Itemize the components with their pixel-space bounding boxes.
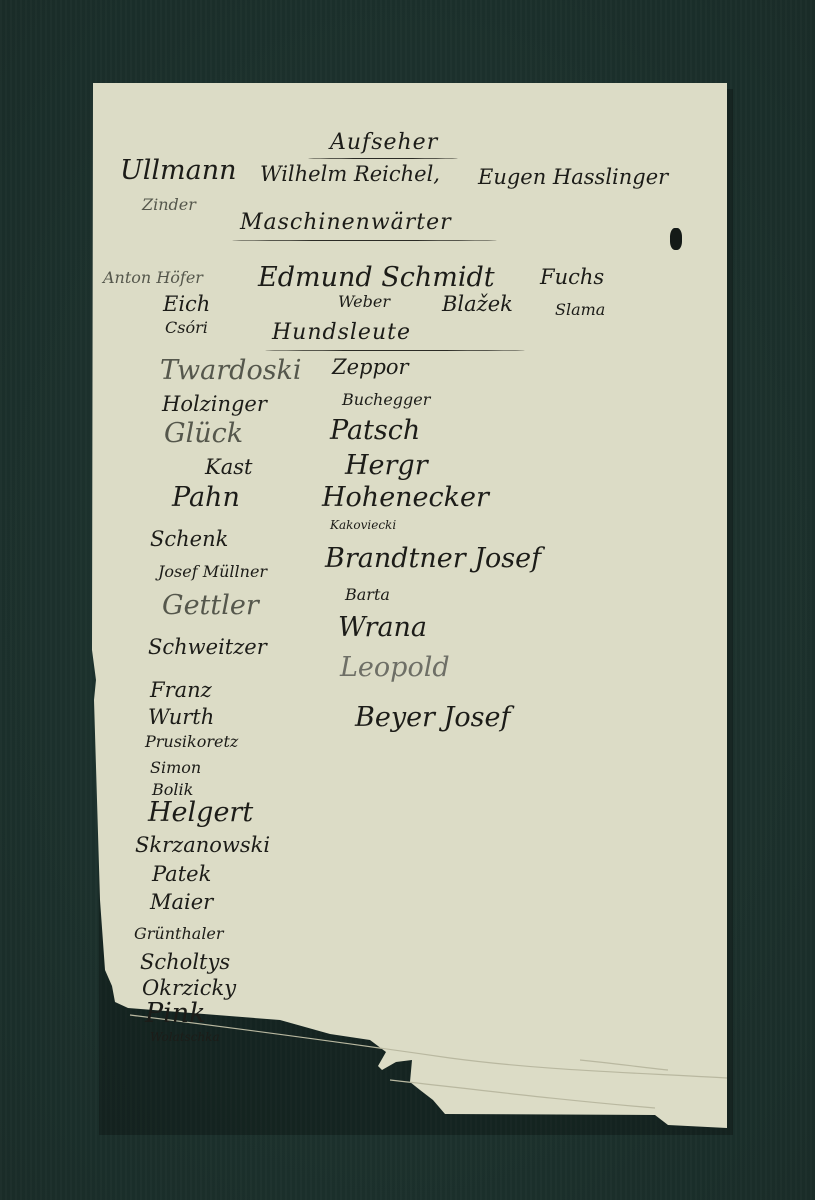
signature: Holzinger — [162, 392, 267, 416]
ink-blot — [670, 228, 682, 250]
heading-underline — [232, 240, 497, 241]
signature: Okrzicky — [142, 976, 236, 1000]
signature: Helgert — [148, 797, 253, 828]
signature: Wurth — [148, 705, 214, 729]
heading-hundsleute: Hundsleute — [272, 320, 411, 345]
signature: Weber — [338, 292, 390, 311]
signature: Wolatschka — [150, 1030, 220, 1044]
signature: Kakoviecki — [330, 518, 396, 532]
signature: Twardoski — [160, 355, 302, 386]
signature: Scholtys — [140, 950, 230, 974]
signature: Anton Höfer — [103, 268, 203, 287]
heading-aufseher: Aufseher — [330, 130, 438, 155]
signature: Blažek — [442, 292, 513, 316]
signature: Zeppor — [332, 355, 409, 379]
signature: Franz — [150, 678, 212, 702]
signature: Ullmann — [120, 155, 237, 186]
signature: Wrana — [338, 612, 427, 643]
signature: Patek — [152, 862, 211, 886]
signature: Pahn — [172, 482, 240, 513]
signature: Hergr — [345, 450, 428, 481]
heading-underline — [308, 158, 458, 159]
signature: Eich — [163, 292, 210, 316]
signature: Brandtner Josef — [325, 543, 541, 574]
signature: Patsch — [330, 415, 420, 446]
heading-maschinenwaerter: Maschinenwärter — [240, 210, 452, 235]
signature: Beyer Josef — [355, 702, 510, 733]
signature: Eugen Hasslinger — [478, 165, 668, 189]
signature: Leopold — [340, 652, 450, 683]
signature: Barta — [345, 585, 390, 604]
signature: Prusikoretz — [145, 732, 238, 751]
signature: Maier — [150, 890, 213, 914]
signature: Schweitzer — [148, 635, 267, 659]
signature: Wilhelm Reichel, — [260, 162, 440, 186]
heading-underline — [265, 350, 525, 351]
signature: Slama — [555, 300, 605, 319]
signature: Zinder — [142, 195, 196, 214]
document-sheet: Aufseher Ullmann Wilhelm Reichel, Eugen … — [0, 0, 815, 1200]
signature: Skrzanowski — [135, 833, 270, 857]
signature: Josef Müllner — [158, 562, 267, 581]
signature: Simon — [150, 758, 201, 777]
signature: Glück — [164, 418, 243, 449]
signature: Kast — [205, 455, 252, 479]
signature: Buchegger — [342, 390, 430, 409]
signature: Hohenecker — [322, 482, 489, 513]
signature: Csóri — [165, 318, 208, 337]
signature: Gettler — [162, 590, 259, 621]
signature: Schenk — [150, 527, 228, 551]
signature: Fuchs — [540, 265, 604, 289]
signature: Edmund Schmidt — [258, 262, 495, 293]
signature: Grünthaler — [134, 924, 224, 943]
signature: Pink — [145, 998, 206, 1029]
